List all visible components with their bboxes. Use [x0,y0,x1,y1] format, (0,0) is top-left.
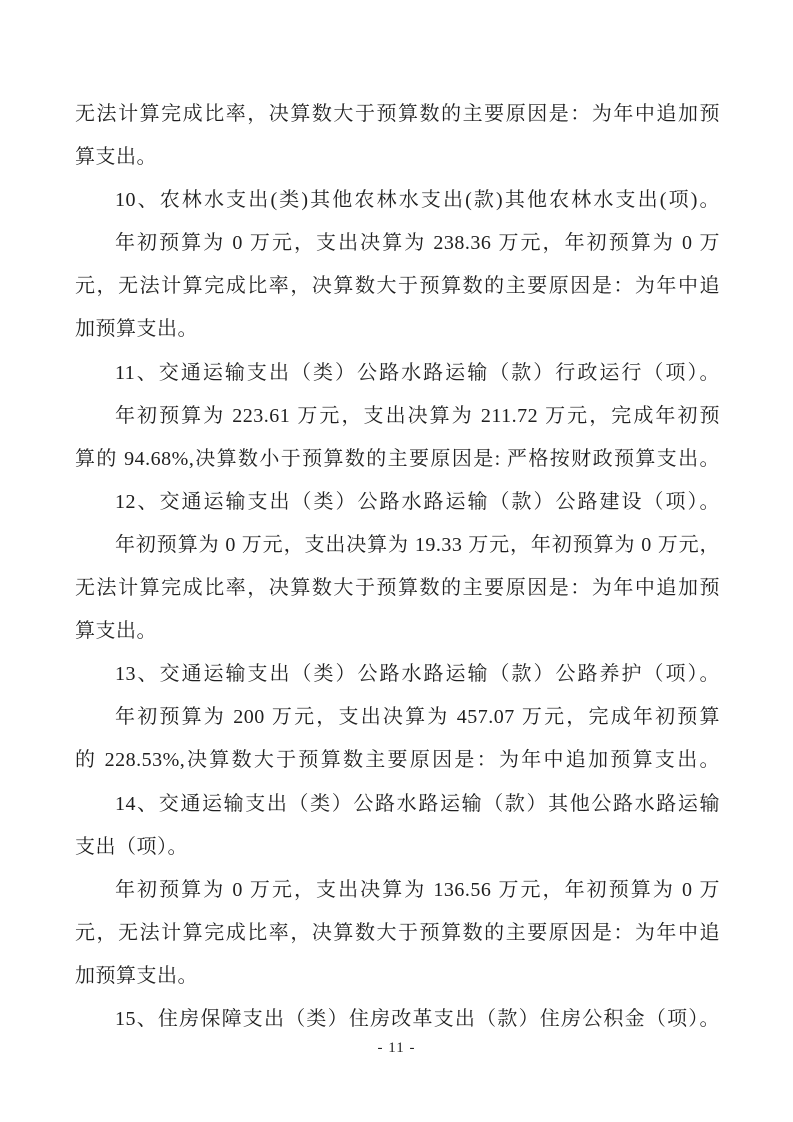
text-line: 年初预算为 0 万元，支出决算为 19.33 万元，年初预算为 0 万元， [75,524,720,567]
text-line: 12、交通运输支出（类）公路水路运输（款）公路建设（项）。 [75,481,720,524]
text-line: 支出（项）。 [75,826,720,869]
page-number: - 11 - [0,1038,793,1058]
text-line: 加预算支出。 [75,308,720,351]
text-line: 年初预算为 0 万元，支出决算为 238.36 万元，年初预算为 0 万 [75,222,720,265]
text-line: 元，无法计算完成比率，决算数大于预算数的主要原因是：为年中追 [75,912,720,955]
text-line: 13、交通运输支出（类）公路水路运输（款）公路养护（项）。 [75,653,720,696]
text-line: 年初预算为 223.61 万元，支出决算为 211.72 万元，完成年初预 [75,395,720,438]
text-line: 10、农林水支出(类)其他农林水支出(款)其他农林水支出(项)。 [75,179,720,222]
text-line: 的 228.53%,决算数大于预算数主要原因是：为年中追加预算支出。 [75,739,720,782]
text-line: 元，无法计算完成比率，决算数大于预算数的主要原因是：为年中追 [75,265,720,308]
text-line: 11、交通运输支出（类）公路水路运输（款）行政运行（项）。 [75,352,720,395]
text-line: 年初预算为 0 万元，支出决算为 136.56 万元，年初预算为 0 万 [75,869,720,912]
text-line: 算的 94.68%,决算数小于预算数的主要原因是: 严格按财政预算支出。 [75,438,720,481]
document-text-body: 无法计算完成比率，决算数大于预算数的主要原因是：为年中追加预算支出。10、农林水… [75,93,720,1041]
text-line: 无法计算完成比率，决算数大于预算数的主要原因是：为年中追加预 [75,567,720,610]
text-line: 加预算支出。 [75,955,720,998]
text-line: 14、交通运输支出（类）公路水路运输（款）其他公路水路运输 [75,783,720,826]
text-line: 年初预算为 200 万元，支出决算为 457.07 万元，完成年初预算 [75,696,720,739]
text-line: 算支出。 [75,610,720,653]
text-line: 15、住房保障支出（类）住房改革支出（款）住房公积金（项）。 [75,998,720,1041]
document-page: 无法计算完成比率，决算数大于预算数的主要原因是：为年中追加预算支出。10、农林水… [0,0,793,1122]
text-line: 算支出。 [75,136,720,179]
text-line: 无法计算完成比率，决算数大于预算数的主要原因是：为年中追加预 [75,93,720,136]
